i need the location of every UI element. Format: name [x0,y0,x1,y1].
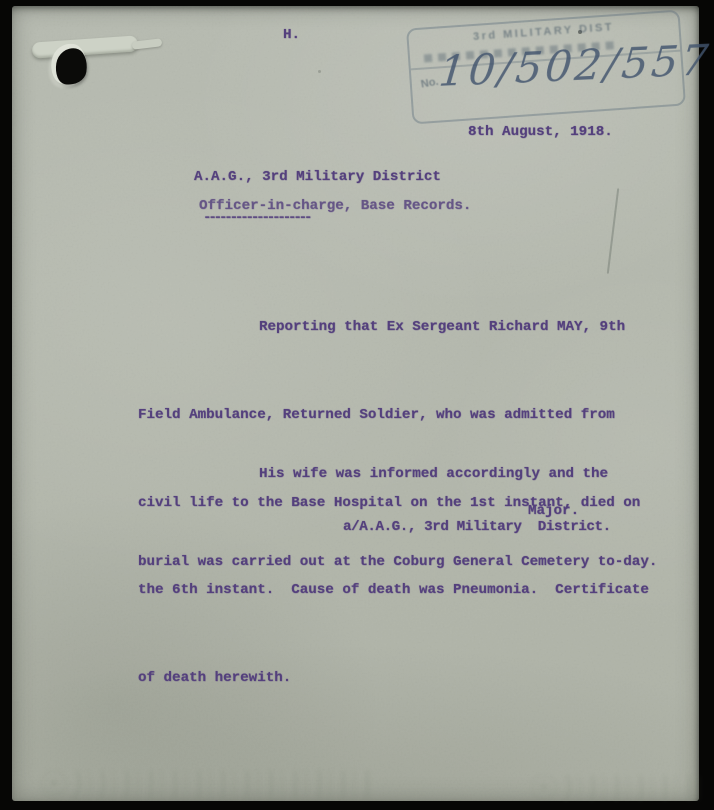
body-line: His wife was informed accordingly and th… [138,460,657,489]
bleed-through-smudge [42,771,372,799]
signature-rank: Major. [528,503,579,519]
recipient-line-1: A.A.G., 3rd Military District [194,169,441,185]
paper-tear [32,35,139,58]
body-line: burial was carried out at the Coburg Gen… [138,548,657,577]
scanned-document: H. 3rd MILITARY DIST No. 10/502/557 8th … [0,0,714,810]
registry-stamp: 3rd MILITARY DIST No. 10/502/557 [406,10,686,125]
recipient-underline: -------------------- [203,210,309,226]
signature-title: a/A.A.G., 3rd Military District. [343,519,611,535]
body-line: Reporting that Ex Sergeant Richard MAY, … [138,313,649,342]
ink-speck [318,70,321,73]
letter-page: H. 3rd MILITARY DIST No. 10/502/557 8th … [12,6,699,801]
bleed-through-smudge [532,775,702,801]
body-line: of death herewith. [138,664,649,693]
date-line: 8th August, 1918. [468,124,613,140]
handwritten-file-number: 10/502/557 [437,35,714,96]
reference-letter: H. [283,27,300,43]
